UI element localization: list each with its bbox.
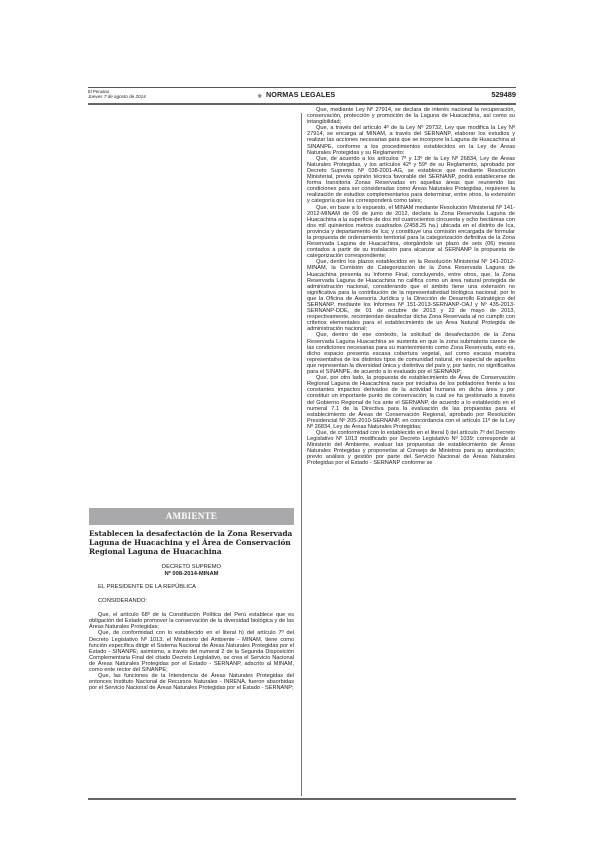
page-header: El Peruano Jueves 7 de agosto de 2014 ⚜N… bbox=[88, 88, 516, 102]
publication-date: Jueves 7 de agosto de 2014 bbox=[88, 94, 146, 99]
paragraph: Que, dentro de ese contexto, la solicitu… bbox=[307, 332, 515, 375]
paragraph: Que, el artículo 68º de la Constitución … bbox=[89, 612, 294, 630]
paragraph: Que, dentro los plazos establecidos en l… bbox=[307, 259, 515, 332]
article-title: Establecen la desafectación de la Zona R… bbox=[89, 530, 294, 556]
right-column: Que, mediante Ley Nº 27914, se declara d… bbox=[307, 107, 515, 467]
header-publication-info: El Peruano Jueves 7 de agosto de 2014 bbox=[88, 89, 146, 99]
left-column: AMBIENTE Establecen la desafectación de … bbox=[89, 508, 294, 691]
footer-rule bbox=[88, 798, 516, 800]
section-title: ⚜NORMAS LEGALES bbox=[257, 90, 335, 100]
paragraph: Que, mediante Ley Nº 27914, se declara d… bbox=[307, 107, 515, 125]
paragraph: Que, de conformidad con lo establecido e… bbox=[89, 630, 294, 673]
column-divider bbox=[301, 113, 302, 796]
paragraph: Que, en base a lo expuesto, el MINAM med… bbox=[307, 205, 515, 260]
page-number: 529489 bbox=[491, 90, 516, 99]
header-bottom-rule bbox=[88, 103, 516, 105]
section-title-text: NORMAS LEGALES bbox=[266, 90, 335, 99]
paragraph: Que, de conformidad con lo establecido e… bbox=[307, 430, 515, 467]
decree-heading: DECRETO SUPREMO Nº 008-2014-MINAM bbox=[89, 564, 294, 577]
paragraph: Que, las funciones de la Intendencia de … bbox=[89, 673, 294, 691]
paragraph: Que, de acuerdo a los artículos 7º y 13º… bbox=[307, 156, 515, 205]
considering-heading: CONSIDERANDO: bbox=[89, 598, 294, 604]
decree-number: Nº 008-2014-MINAM bbox=[89, 571, 294, 577]
coat-of-arms-icon: ⚜ bbox=[257, 94, 263, 100]
paragraph: Que, a través del artículo 4º de la Ley … bbox=[307, 125, 515, 155]
section-banner-label: AMBIENTE bbox=[166, 511, 217, 521]
section-banner: AMBIENTE bbox=[89, 508, 294, 525]
issuer-line: EL PRESIDENTE DE LA REPÚBLICA bbox=[89, 584, 294, 590]
newspaper-page: El Peruano Jueves 7 de agosto de 2014 ⚜N… bbox=[0, 0, 595, 842]
paragraph: Que, por otro lado, la propuesta de esta… bbox=[307, 375, 515, 430]
